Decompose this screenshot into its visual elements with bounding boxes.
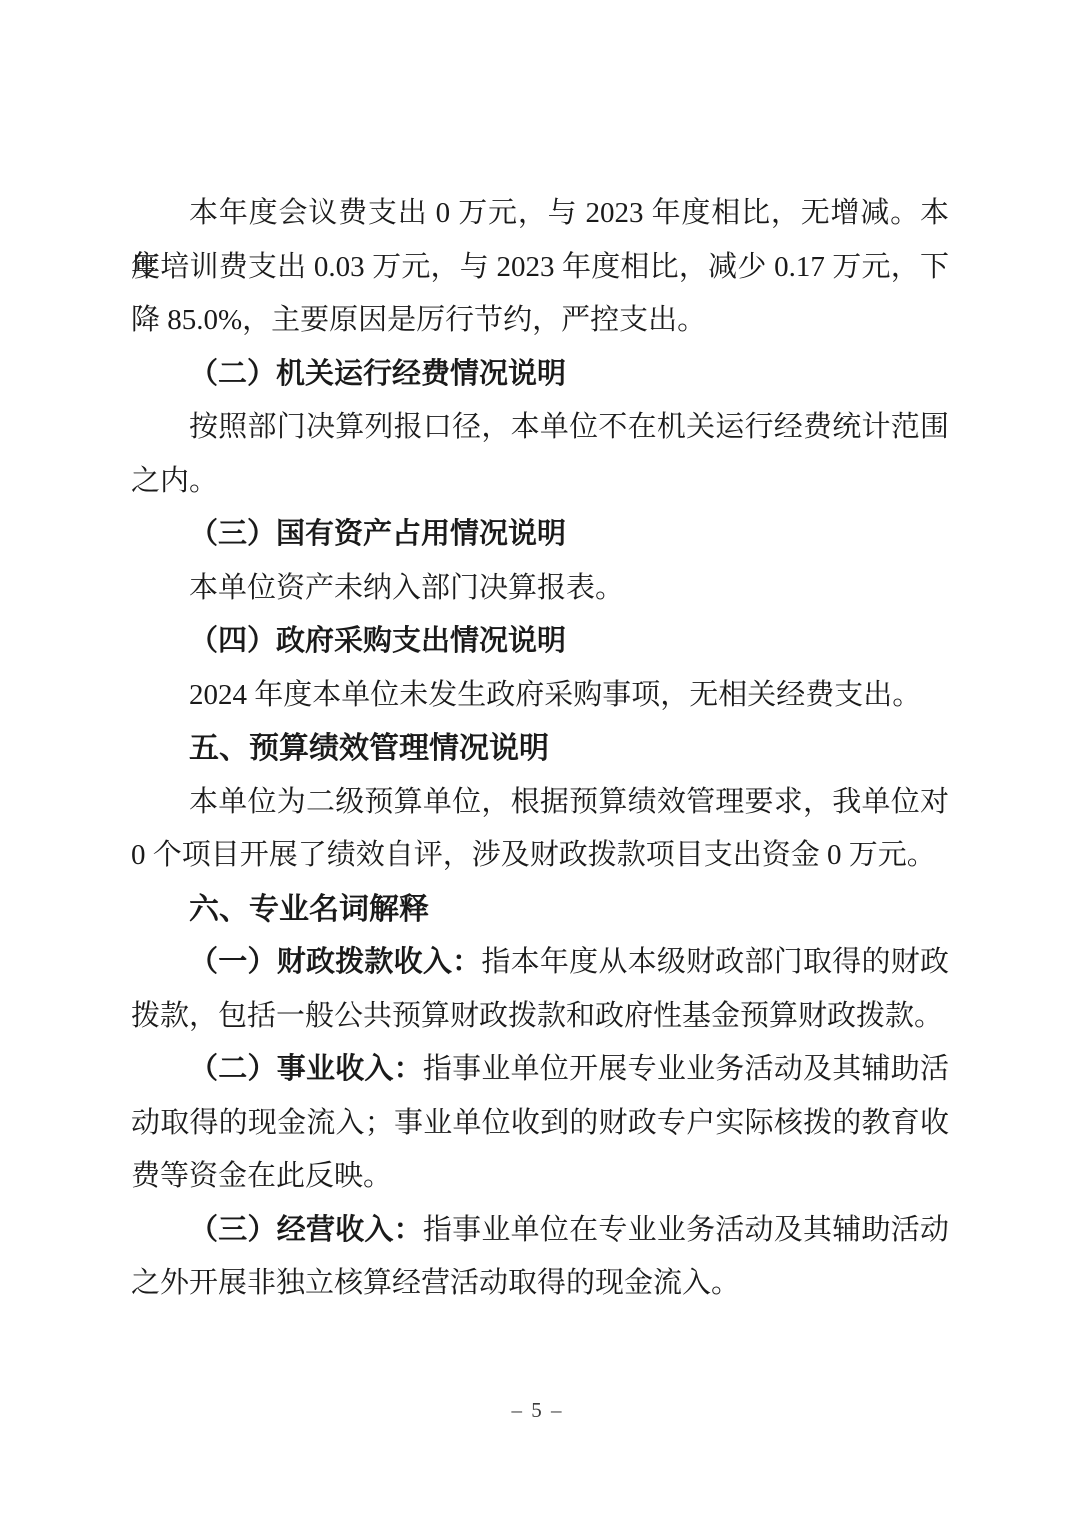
body-text-line: 按照部门决算列报口径，本单位不在机关运行经费统计范围 <box>131 401 949 455</box>
text-segment: 指本年度从本级财政部门取得的财政 <box>481 946 949 978</box>
body-text-line: 之外开展非独立核算经营活动取得的现金流入。 <box>131 1257 949 1311</box>
text-segment: 度培训费支出 0.03 万元，与 2023 年度相比，减少 0.17 万元，下 <box>131 251 949 283</box>
body-text-line: 拨款，包括一般公共预算财政拨款和政府性基金预算财政拨款。 <box>131 990 949 1044</box>
text-segment: 之内。 <box>131 465 218 497</box>
text-segment: 拨款，包括一般公共预算财政拨款和政府性基金预算财政拨款。 <box>131 1000 943 1032</box>
body-text-line: 0 个项目开展了绩效自评，涉及财政拨款项目支出资金 0 万元。 <box>131 829 949 883</box>
text-segment: 本单位为二级预算单位，根据预算绩效管理要求，我单位对 <box>189 786 949 818</box>
body-text-line: （二）事业收入：指事业单位开展专业业务活动及其辅助活 <box>131 1043 949 1097</box>
section-heading: （四）政府采购支出情况说明 <box>131 615 949 669</box>
section-heading: （二）机关运行经费情况说明 <box>131 348 949 402</box>
bold-text-segment: （四）政府采购支出情况说明 <box>189 625 566 657</box>
text-segment: 本单位资产未纳入部门决算报表。 <box>189 572 624 604</box>
body-text-line: 费等资金在此反映。 <box>131 1150 949 1204</box>
bold-text-segment: 六、专业名词解释 <box>189 893 429 926</box>
document-page: 本年度会议费支出 0 万元，与 2023 年度相比，无增减。本年度培训费支出 0… <box>0 0 1075 1520</box>
body-text-line: 度培训费支出 0.03 万元，与 2023 年度相比，减少 0.17 万元，下 <box>131 241 949 295</box>
bold-text-segment: （三）经营收入： <box>189 1214 423 1246</box>
body-text-line: 本年度会议费支出 0 万元，与 2023 年度相比，无增减。本年 <box>131 187 949 241</box>
bold-text-segment: （二）机关运行经费情况说明 <box>189 358 566 390</box>
text-segment: 指事业单位开展专业业务活动及其辅助活 <box>423 1053 949 1085</box>
bold-text-segment: （一）财政拨款收入： <box>189 946 481 978</box>
text-segment: 指事业单位在专业业务活动及其辅助活动 <box>423 1214 949 1246</box>
text-segment: 之外开展非独立核算经营活动取得的现金流入。 <box>131 1267 740 1299</box>
section-heading: 六、专业名词解释 <box>131 883 949 937</box>
body-text-line: 动取得的现金流入；事业单位收到的财政专户实际核拨的教育收 <box>131 1097 949 1151</box>
body-text-line: 2024 年度本单位未发生政府采购事项，无相关经费支出。 <box>131 669 949 723</box>
section-heading: （三）国有资产占用情况说明 <box>131 508 949 562</box>
body-text-line: （一）财政拨款收入：指本年度从本级财政部门取得的财政 <box>131 936 949 990</box>
bold-text-segment: 五、预算绩效管理情况说明 <box>189 732 549 765</box>
text-segment: 降 85.0%，主要原因是厉行节约，严控支出。 <box>131 304 706 336</box>
body-text-line: 本单位资产未纳入部门决算报表。 <box>131 562 949 616</box>
body-text-line: （三）经营收入：指事业单位在专业业务活动及其辅助活动 <box>131 1204 949 1258</box>
text-segment: 2024 年度本单位未发生政府采购事项，无相关经费支出。 <box>189 679 921 711</box>
document-content: 本年度会议费支出 0 万元，与 2023 年度相比，无增减。本年度培训费支出 0… <box>131 187 949 1311</box>
text-segment: 0 个项目开展了绩效自评，涉及财政拨款项目支出资金 0 万元。 <box>131 839 936 871</box>
section-heading: 五、预算绩效管理情况说明 <box>131 722 949 776</box>
page-number: – 5 – <box>0 1398 1075 1423</box>
text-segment: 动取得的现金流入；事业单位收到的财政专户实际核拨的教育收 <box>131 1107 949 1139</box>
body-text-line: 本单位为二级预算单位，根据预算绩效管理要求，我单位对 <box>131 776 949 830</box>
body-text-line: 之内。 <box>131 455 949 509</box>
bold-text-segment: （二）事业收入： <box>189 1053 423 1085</box>
bold-text-segment: （三）国有资产占用情况说明 <box>189 518 566 550</box>
body-text-line: 降 85.0%，主要原因是厉行节约，严控支出。 <box>131 294 949 348</box>
text-segment: 按照部门决算列报口径，本单位不在机关运行经费统计范围 <box>189 411 949 443</box>
text-segment: 费等资金在此反映。 <box>131 1160 392 1192</box>
